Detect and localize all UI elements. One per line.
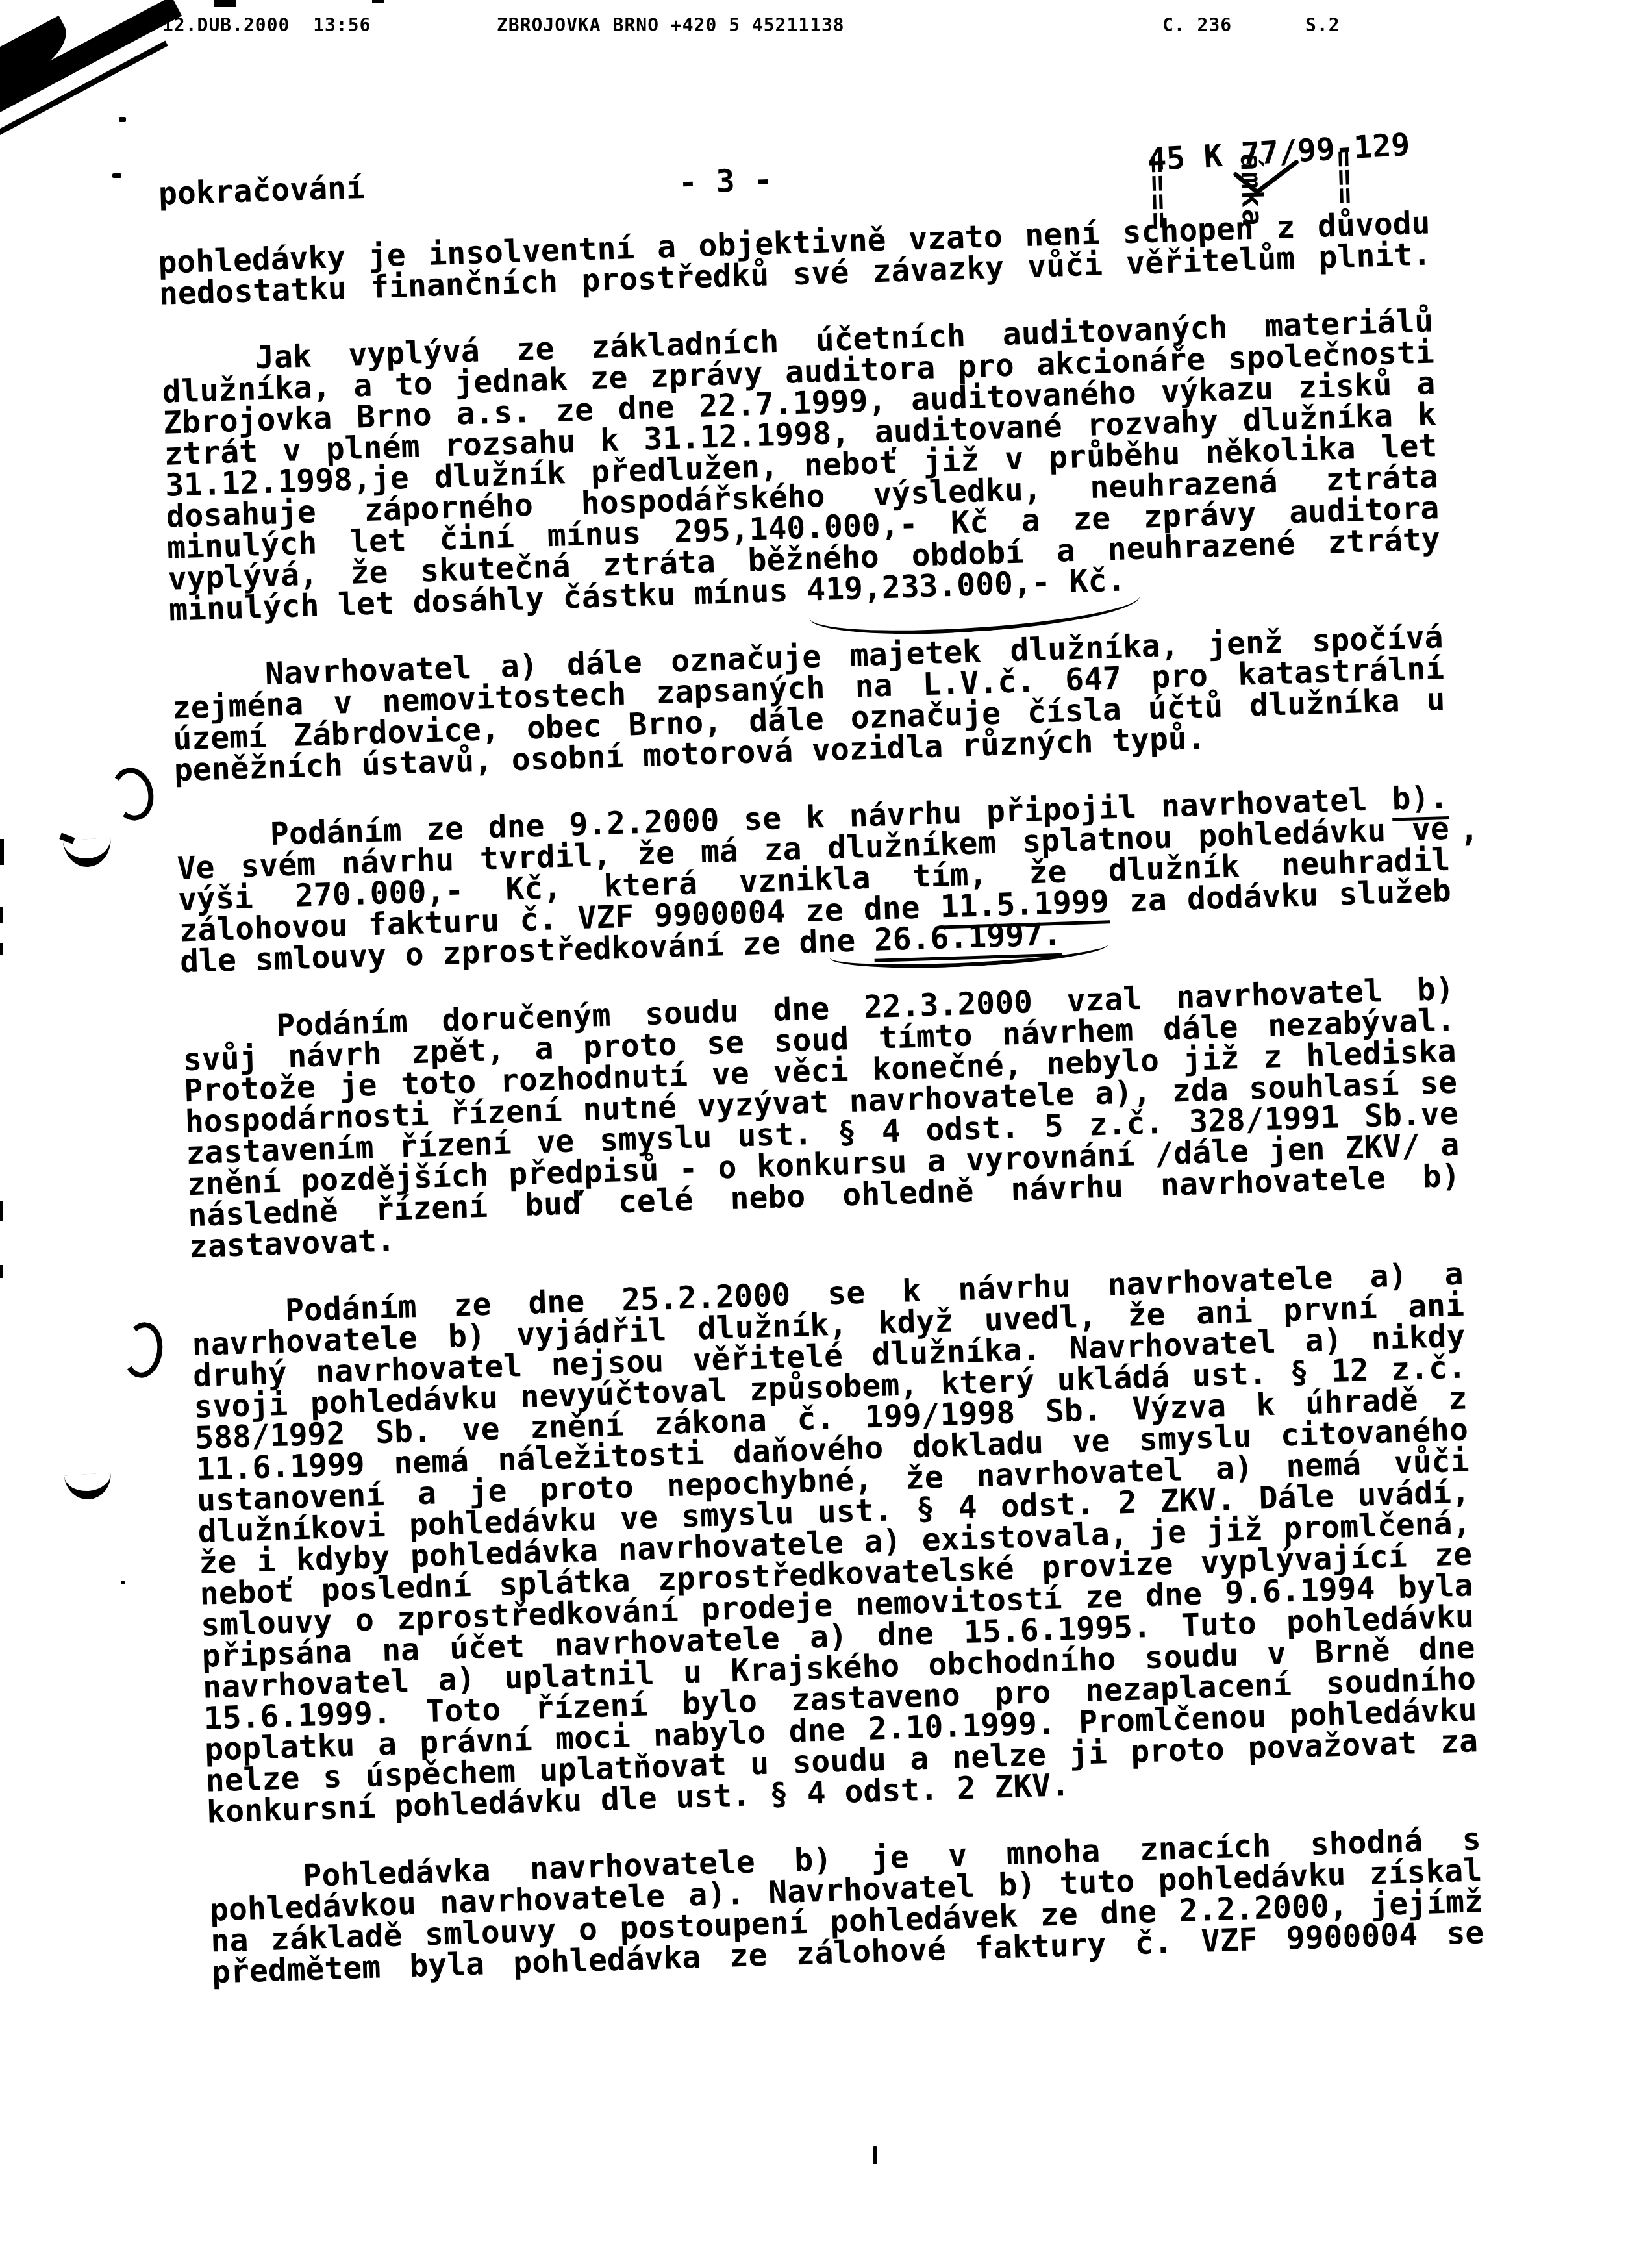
paragraph: pohledávky je insolventní a objektivně v… bbox=[158, 207, 1432, 310]
document-body: pohledávky je insolventní a objektivně v… bbox=[158, 207, 1484, 1988]
continuation-label: pokračování bbox=[158, 169, 365, 212]
document-header: pokračování - 3 - 45 K 77/99-129 bbox=[151, 0, 1423, 20]
left-edge-artifact bbox=[0, 1201, 3, 1221]
stray-tick bbox=[873, 2146, 877, 2164]
handwritten-swoosh-mark bbox=[64, 1473, 113, 1501]
page-number: - 3 - bbox=[678, 162, 773, 201]
stray-dot bbox=[121, 1581, 125, 1584]
scanned-fax-page: 12.DUB.2000 13:56 ZBROJOVKA BRNO +420 5 … bbox=[0, 0, 1652, 2252]
handwritten-circle-mark bbox=[119, 1320, 166, 1381]
top-edge-artifact bbox=[214, 0, 236, 7]
left-edge-artifact bbox=[0, 943, 3, 955]
paragraph: Podáním ze dne 9.2.2000 se k návrhu přip… bbox=[175, 782, 1453, 977]
swoosh-tail bbox=[59, 833, 75, 844]
top-edge-artifact bbox=[372, 0, 384, 3]
paragraph: Podáním doručeným soudu dne 22.3.2000 vz… bbox=[182, 973, 1462, 1262]
paragraph: Podáním ze dne 25.2.2000 se k návrhu nav… bbox=[190, 1258, 1479, 1828]
stray-comma-mark: , bbox=[1458, 810, 1480, 849]
stray-dot bbox=[119, 117, 126, 122]
paragraph: Pohledávka navrhovatele b) je v mnoha zn… bbox=[208, 1823, 1484, 1988]
stray-dot bbox=[112, 173, 121, 178]
handwritten-swoosh-mark bbox=[63, 837, 113, 868]
document-block: pokračování - 3 - 45 K 77/99-129 === ámk… bbox=[151, 0, 1490, 2162]
left-edge-artifact bbox=[0, 839, 4, 865]
handwritten-check-mark bbox=[1230, 158, 1303, 198]
paragraph: Navrhovatel a) dále označuje majetek dlu… bbox=[171, 621, 1447, 786]
left-edge-artifact bbox=[0, 907, 3, 923]
handwritten-circle-mark bbox=[106, 764, 158, 825]
left-edge-artifact bbox=[0, 1265, 3, 1278]
paragraph: Jak vyplývá ze základních účetních audit… bbox=[160, 305, 1442, 625]
